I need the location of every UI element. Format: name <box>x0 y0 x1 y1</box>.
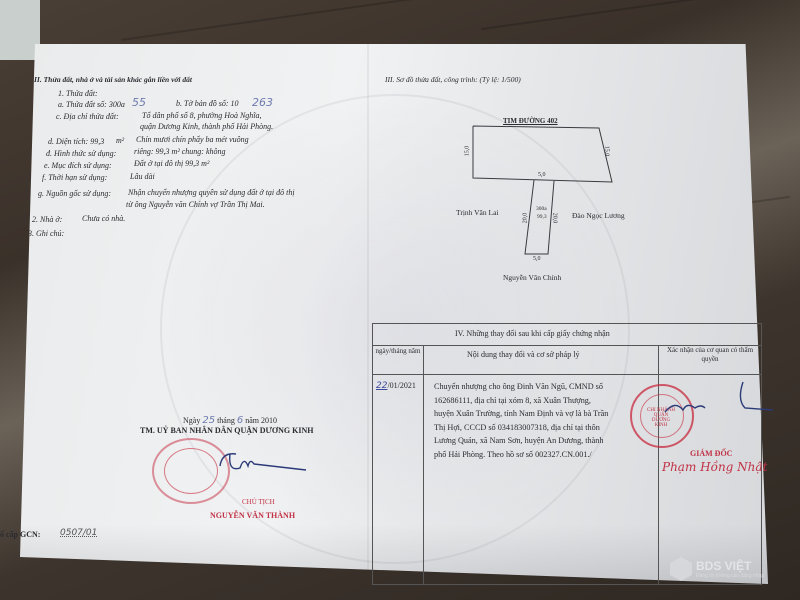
issue-date: Ngày 25 tháng 6 năm 2010 <box>183 415 277 426</box>
house-label: 2. Nhà ở: <box>32 215 62 224</box>
origin-line-2: từ ông Nguyễn văn Chính vợ Trần Thị Mai. <box>126 200 265 209</box>
change-date: 22/01/2021 <box>376 381 416 391</box>
background-wall <box>0 0 40 60</box>
note-label: 3. Ghi chú: <box>28 229 64 238</box>
dimension-bottom: 5,0 <box>533 256 541 262</box>
director-signature <box>655 380 775 420</box>
address-line-2: quận Dương Kinh, thành phố Hải Phòng. <box>140 122 273 131</box>
plot-id: 300a <box>536 206 547 212</box>
neighbor-bottom: Nguyễn Văn Chính <box>503 273 561 282</box>
area-label: d. Diện tích: 99,3 <box>48 137 104 146</box>
term-label: f. Thời hạn sử dụng: <box>42 173 107 182</box>
dimension-top-right: 15,0 <box>603 146 609 157</box>
dimension-stem-right: 20,0 <box>551 213 557 224</box>
plot-heading: 1. Thửa đất: <box>58 89 98 98</box>
origin-label: g. Nguồn gốc sử dụng: <box>38 189 111 198</box>
plot-number-handwritten: 55 <box>132 96 146 109</box>
section4-title: IV. Những thay đổi sau khi cấp giấy chứn… <box>455 329 610 338</box>
section2-title: II. Thửa đất, nhà ở và tài sản khác gắn … <box>34 75 192 84</box>
term-value: Lâu dài <box>130 172 155 181</box>
road-label: TIM ĐƯỜNG 402 <box>503 117 558 125</box>
section3-title: III. Sơ đồ thửa đất, công trình: (Tỷ lệ:… <box>385 75 521 84</box>
area-unit: m² <box>116 136 124 145</box>
neighbor-right: Đào Ngọc Lương <box>572 211 625 220</box>
chairman-signature <box>210 448 310 478</box>
purpose-label: e. Mục đích sử dụng: <box>44 161 112 170</box>
column-header-content: Nội dung thay đổi và cơ sở pháp lý <box>467 350 579 359</box>
gcn-label: ổ cấp GCN: <box>0 530 40 539</box>
house-value: Chưa có nhà. <box>82 214 125 223</box>
area-in-words: Chín mươi chín phẩy ba mét vuông <box>136 135 249 144</box>
dimension-top-left: 15,0 <box>464 146 470 157</box>
purpose-value: Đất ở tại đô thị 99,3 m² <box>134 159 209 168</box>
approver-name: Phạm Hồng Nhật <box>662 460 767 474</box>
usage-form-label: đ. Hình thức sử dụng: <box>46 149 116 158</box>
approver-title: GIÁM ĐỐC <box>690 449 732 458</box>
map-sheet-handwritten: 263 <box>252 96 273 109</box>
usage-form-value: riêng: 99,3 m² chung: không <box>134 147 226 156</box>
bdsviet-watermark: BDS VIỆT Đăng tin không cần đăng nhập <box>670 557 764 581</box>
map-sheet-label: b. Tờ bản đồ số: 10 <box>176 99 239 108</box>
issue-day-handwritten: 25 <box>202 415 215 426</box>
dimension-middle: 5,0 <box>538 172 546 178</box>
gcn-number-handwritten: 0507/01 <box>60 528 97 538</box>
column-header-approval: Xác nhận của cơ quan có thẩm quyền <box>660 346 760 364</box>
watermark-tagline: Đăng tin không cần đăng nhập <box>696 573 764 579</box>
issuing-authority: TM. UỶ BAN NHÂN DÂN QUẬN DƯƠNG KINH <box>140 426 313 435</box>
signer-title: CHỦ TỊCH <box>242 498 275 506</box>
wood-grain <box>121 0 418 41</box>
cube-logo-icon <box>670 557 692 581</box>
dimension-stem-left: 20,0 <box>522 213 528 224</box>
wood-grain <box>481 0 739 30</box>
change-content: Chuyển nhượng cho ông Đinh Văn Ngũ, CMND… <box>434 380 608 461</box>
plot-area: 99,3 <box>537 214 547 220</box>
address-line-1: Tổ dân phố số 8, phường Hoà Nghĩa, <box>142 111 262 120</box>
watermark-brand: BDS VIỆT <box>696 559 764 573</box>
neighbor-left: Trịnh Văn Lai <box>456 208 499 217</box>
signer-name: NGUYỄN VĂN THÀNH <box>210 511 295 520</box>
change-day-handwritten: 22 <box>376 381 387 391</box>
address-label: c. Địa chỉ thửa đất: <box>56 112 119 121</box>
column-header-date: ngày/tháng năm <box>374 347 422 356</box>
issue-month-handwritten: 6 <box>237 415 243 426</box>
origin-line-1: Nhận chuyển nhượng quyền sử dụng đất ở t… <box>128 188 295 197</box>
paper-fold <box>367 44 369 584</box>
plot-number-label: a. Thửa đất số: 300a <box>58 100 125 109</box>
